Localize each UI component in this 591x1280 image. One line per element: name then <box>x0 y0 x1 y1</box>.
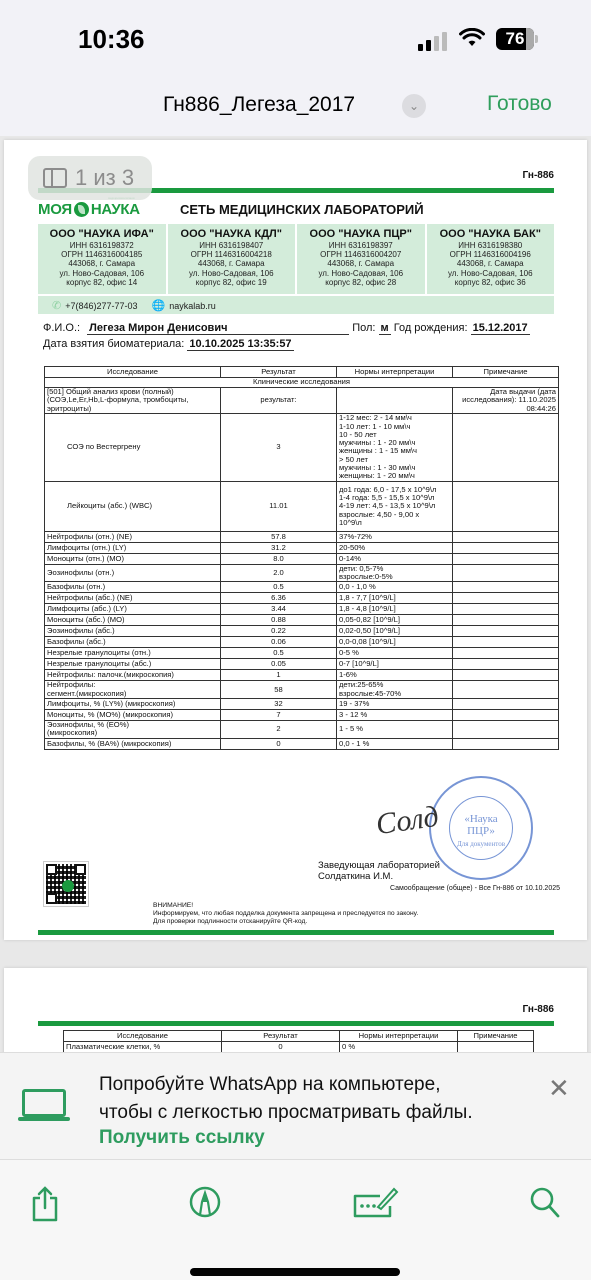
share-icon[interactable] <box>30 1184 60 1224</box>
battery-icon: 76 <box>496 28 534 50</box>
test-norm: 0 % <box>340 1042 458 1053</box>
table-row: Эозинофилы, % (EO%) (микроскопия)21 - 5 … <box>45 721 559 739</box>
test-name: Базофилы (абс.) <box>45 637 221 648</box>
test-norm: 1-12 мес: 2 - 14 мм\ч 1-10 лет: 1 - 10 м… <box>337 413 453 481</box>
panel-name: [501] Общий анализ крови (полный)(СОЭ,Le… <box>45 388 221 414</box>
company-name: ООО "НАУКА ИФА" <box>38 228 166 241</box>
table-row: Нейтрофилы (абс.) (NE)6.361,8 - 7,7 [10^… <box>45 593 559 604</box>
warning-line-2: Для проверки подлинности отсканируйте QR… <box>153 918 418 926</box>
test-name: Незрелые гранулоциты (абс.) <box>45 659 221 670</box>
results-table: ИсследованиеРезультатНормы интерпретации… <box>44 366 559 750</box>
table-row: Нейтрофилы (отн.) (NE)57.837%-72% <box>45 531 559 542</box>
company-ogrn: ОГРН 1146316004207 <box>297 250 425 259</box>
table-row: Базофилы (абс.)0.060,0-0,08 [10^9/L] <box>45 637 559 648</box>
status-bar: 10:36 76 <box>0 0 591 70</box>
company-city: 443068, г. Самара <box>297 259 425 268</box>
company-block: ООО "НАУКА БАК"ИНН 6316198380ОГРН 114631… <box>427 224 555 294</box>
test-result: 57.8 <box>221 531 337 542</box>
test-note <box>453 604 559 615</box>
test-result: 0.5 <box>221 582 337 593</box>
test-name: Эозинофилы (отн.) <box>45 564 221 582</box>
test-result: 0 <box>221 738 337 749</box>
company-office: корпус 82, офис 14 <box>38 278 166 287</box>
company-office: корпус 82, офис 36 <box>427 278 555 287</box>
leaf-icon <box>62 880 74 892</box>
test-result: 32 <box>221 699 337 710</box>
company-inn: ИНН 6316198372 <box>38 241 166 250</box>
test-norm: 1 - 5 % <box>337 721 453 739</box>
logo-left: МОЯ <box>38 201 72 218</box>
test-name: Незрелые гранулоциты (отн.) <box>45 648 221 659</box>
test-result: 1 <box>221 670 337 681</box>
document-title[interactable]: Гн886_Легеза_2017 <box>163 93 355 117</box>
column-header: Результат <box>221 367 337 378</box>
contacts-band: ✆+7(846)277-77-03 🌐naykalab.ru <box>38 296 554 314</box>
test-norm: дети: 0,5-7% взрослые:0-5% <box>337 564 453 582</box>
test-note <box>458 1042 534 1053</box>
head-lab-title: Заведующая лабораторией <box>318 860 440 871</box>
test-norm: 0,0-0,08 [10^9/L] <box>337 637 453 648</box>
test-norm: 19 - 37% <box>337 699 453 710</box>
test-norm: 0-7 [10^9/L] <box>337 659 453 670</box>
section-row: Клинические исследования <box>45 378 559 388</box>
nav-bar: Гн886_Легеза_2017 ⌄ Готово <box>0 80 591 130</box>
table-row: Незрелые гранулоциты (отн.)0.50-5 % <box>45 648 559 659</box>
head-lab-name: Солдаткина И.М. <box>318 871 440 882</box>
test-note <box>453 481 559 531</box>
test-note <box>453 721 559 739</box>
panel-row: [501] Общий анализ крови (полный)(СОЭ,Le… <box>45 388 559 414</box>
panel-result: результат: <box>221 388 337 414</box>
test-note <box>453 699 559 710</box>
bottom-toolbar <box>0 1160 591 1280</box>
patient-sex: м <box>381 322 389 334</box>
column-header: Нормы интерпретации <box>337 367 453 378</box>
test-name: СОЭ по Вестергрену <box>45 413 221 481</box>
warning-line-1: Информируем, что любая подделка документ… <box>153 910 418 918</box>
test-note <box>453 738 559 749</box>
test-note <box>453 531 559 542</box>
column-header: Примечание <box>453 367 559 378</box>
chevron-down-icon[interactable]: ⌄ <box>402 94 426 118</box>
green-rule <box>38 1021 554 1026</box>
page-counter-label: 1 из 3 <box>75 165 134 191</box>
battery-tip <box>535 35 538 43</box>
test-result: 0.05 <box>221 659 337 670</box>
qr-corner <box>46 893 57 904</box>
company-city: 443068, г. Самара <box>427 259 555 268</box>
table-row: Нейтрофилы: сегмент.(микроскопия)58дети:… <box>45 681 559 699</box>
globe-icon: 🌐 <box>152 300 166 312</box>
column-header: Исследование <box>45 367 221 378</box>
test-result: 3.44 <box>221 604 337 615</box>
column-header: Примечание <box>458 1031 534 1042</box>
company-ogrn: ОГРН 1146316004185 <box>38 250 166 259</box>
test-norm: 0,05-0,82 [10^9/L] <box>337 615 453 626</box>
company-block: ООО "НАУКА ПЦР"ИНН 6316198397ОГРН 114631… <box>297 224 427 294</box>
company-office: корпус 82, офис 28 <box>297 278 425 287</box>
company-inn: ИНН 6316198397 <box>297 241 425 250</box>
warning: ВНИМАНИЕ! Информируем, что любая подделк… <box>153 902 418 926</box>
get-link-button[interactable]: Получить ссылку <box>99 1127 265 1149</box>
test-result: 0.22 <box>221 626 337 637</box>
signature-icon[interactable] <box>352 1184 400 1220</box>
markup-icon[interactable] <box>188 1184 222 1220</box>
table-row: Моноциты (отн.) (MO)8.00-14% <box>45 553 559 564</box>
test-note <box>453 681 559 699</box>
test-note <box>453 626 559 637</box>
test-name: Лейкоциты (абс.) (WBC) <box>45 481 221 531</box>
page-counter[interactable]: 1 из 3 <box>28 156 152 200</box>
warning-title: ВНИМАНИЕ! <box>153 902 418 910</box>
stamp-for: Для документов <box>450 840 512 848</box>
leaf-icon <box>74 202 89 217</box>
test-result: 0.5 <box>221 648 337 659</box>
laptop-icon <box>18 1089 70 1121</box>
test-norm: 0-5 % <box>337 648 453 659</box>
test-name: Моноциты (отн.) (MO) <box>45 553 221 564</box>
test-note <box>453 553 559 564</box>
table-row: Базофилы (отн.)0.50,0 - 1,0 % <box>45 582 559 593</box>
column-header: Результат <box>222 1031 340 1042</box>
test-norm: до1 года: 6,0 - 17,5 x 10^9\л 1-4 года: … <box>337 481 453 531</box>
done-button[interactable]: Готово <box>487 92 552 116</box>
table-row: Лейкоциты (абс.) (WBC)11.01до1 года: 6,0… <box>45 481 559 531</box>
sidebar-icon <box>43 168 67 188</box>
table-row: Лимфоциты (отн.) (LY)31.220-50% <box>45 542 559 553</box>
fio-label: Ф.И.О.: <box>43 322 80 334</box>
test-result: 2 <box>221 721 337 739</box>
test-note <box>453 670 559 681</box>
pdf-viewer[interactable]: 1 из 3 Гн-886 МОЯ НАУКА медицинская комп… <box>0 136 591 1160</box>
test-note <box>453 637 559 648</box>
table-header: ИсследованиеРезультатНормы интерпретации… <box>45 367 559 378</box>
test-name: Нейтрофилы: сегмент.(микроскопия) <box>45 681 221 699</box>
website-url: naykalab.ru <box>169 301 216 311</box>
test-norm: 20-50% <box>337 542 453 553</box>
clock: 10:36 <box>78 24 145 55</box>
test-name: Лимфоциты (отн.) (LY) <box>45 542 221 553</box>
company-name: ООО "НАУКА БАК" <box>427 228 555 241</box>
test-note <box>453 413 559 481</box>
test-norm: 0,02-0,50 [10^9/L] <box>337 626 453 637</box>
company-name: ООО "НАУКА КДЛ" <box>168 228 296 241</box>
test-name: Базофилы (отн.) <box>45 582 221 593</box>
company-street: ул. Ново-Садовая, 106 <box>168 269 296 278</box>
table-row: Лимфоциты, % (LY%) (микроскопия)3219 - 3… <box>45 699 559 710</box>
test-norm: дети:25-65% взрослые:45-70% <box>337 681 453 699</box>
test-norm: 0-14% <box>337 553 453 564</box>
company-street: ул. Ново-Садовая, 106 <box>297 269 425 278</box>
qr-corner <box>75 864 86 875</box>
wifi-icon <box>459 28 485 48</box>
table-row: Нейтрофилы: палочк.(микроскопия)11-6% <box>45 670 559 681</box>
test-result: 0.88 <box>221 615 337 626</box>
table-row: Незрелые гранулоциты (абс.)0.050-7 [10^9… <box>45 659 559 670</box>
test-name: Моноциты, % (MO%) (микроскопия) <box>45 710 221 721</box>
company-city: 443068, г. Самара <box>168 259 296 268</box>
test-result: 2.0 <box>221 564 337 582</box>
table-row: Эозинофилы (отн.)2.0дети: 0,5-7% взрослы… <box>45 564 559 582</box>
test-result: 3 <box>221 413 337 481</box>
test-norm: 1,8 - 7,7 [10^9/L] <box>337 593 453 604</box>
company-inn: ИНН 6316198380 <box>427 241 555 250</box>
company-block: ООО "НАУКА КДЛ"ИНН 6316198407ОГРН 114631… <box>168 224 298 294</box>
patient-name: Легеза Мирон Денисович <box>89 322 227 334</box>
patient-line-2: Дата взятия биоматериала: 10.10.2025 13:… <box>43 338 294 351</box>
test-note <box>453 582 559 593</box>
test-name: Базофилы, % (BA%) (микроскопия) <box>45 738 221 749</box>
test-result: 8.0 <box>221 553 337 564</box>
table-row: Плазматические клетки, %00 % <box>64 1042 534 1053</box>
pdf-page-1: Гн-886 МОЯ НАУКА медицинская компания СЕ… <box>4 140 587 940</box>
sample-date: 10.10.2025 13:35:57 <box>189 338 291 350</box>
qr-corner <box>46 864 57 875</box>
home-indicator <box>190 1268 400 1276</box>
phone-number: +7(846)277-77-03 <box>65 301 137 311</box>
test-norm: 0,0 - 1,0 % <box>337 582 453 593</box>
company-office: корпус 82, офис 19 <box>168 278 296 287</box>
table-row: СОЭ по Вестергрену31-12 мес: 2 - 14 мм\ч… <box>45 413 559 481</box>
test-name: Эозинофилы, % (EO%) (микроскопия) <box>45 721 221 739</box>
birth-label: Год рождения: <box>394 322 468 334</box>
panel-norm <box>337 388 453 414</box>
test-name: Нейтрофилы (отн.) (NE) <box>45 531 221 542</box>
head-lab: Заведующая лабораторией Солдаткина И.М. <box>318 860 440 882</box>
table-row: Моноциты (абс.) (MO)0.880,05-0,82 [10^9/… <box>45 615 559 626</box>
logo: МОЯ НАУКА медицинская компания <box>38 201 140 218</box>
test-note <box>453 659 559 670</box>
test-name: Нейтрофилы: палочк.(микроскопия) <box>45 670 221 681</box>
company-inn: ИНН 6316198407 <box>168 241 296 250</box>
test-name: Лимфоциты, % (LY%) (микроскопия) <box>45 699 221 710</box>
document-code: Гн-886 <box>523 1004 554 1015</box>
search-icon[interactable] <box>528 1184 562 1220</box>
test-note <box>453 542 559 553</box>
table-row: Лимфоциты (абс.) (LY)3.441,8 - 4,8 [10^9… <box>45 604 559 615</box>
test-result: 6.36 <box>221 593 337 604</box>
battery-level: 76 <box>506 29 525 48</box>
table-row: Эозинофилы (абс.)0.220,02-0,50 [10^9/L] <box>45 626 559 637</box>
company-ogrn: ОГРН 1146316004196 <box>427 250 555 259</box>
test-norm: 3 - 12 % <box>337 710 453 721</box>
test-name: Нейтрофилы (абс.) (NE) <box>45 593 221 604</box>
test-result: 0.06 <box>221 637 337 648</box>
test-note <box>453 564 559 582</box>
stamp-name: «Наука ПЦР» <box>450 813 512 837</box>
sample-label: Дата взятия биоматериала: <box>43 338 184 350</box>
column-header: Исследование <box>64 1031 222 1042</box>
patient-birth: 15.12.2017 <box>473 322 528 334</box>
test-note <box>453 648 559 659</box>
company-ogrn: ОГРН 1146316004218 <box>168 250 296 259</box>
banner-text-line-1: Попробуйте WhatsApp на компьютере, <box>99 1071 473 1099</box>
test-result: 31.2 <box>221 542 337 553</box>
test-result: 7 <box>221 710 337 721</box>
company-city: 443068, г. Самара <box>38 259 166 268</box>
sex-label: Пол: <box>352 322 375 334</box>
company-street: ул. Ново-Садовая, 106 <box>38 269 166 278</box>
test-name: Лимфоциты (абс.) (LY) <box>45 604 221 615</box>
network-title: СЕТЬ МЕДИЦИНСКИХ ЛАБОРАТОРИЙ <box>180 202 424 217</box>
table-row: Моноциты, % (MO%) (микроскопия)73 - 12 % <box>45 710 559 721</box>
banner-text: Попробуйте WhatsApp на компьютере, чтобы… <box>99 1071 473 1127</box>
whatsapp-desktop-banner: Попробуйте WhatsApp на компьютере, чтобы… <box>0 1052 591 1160</box>
test-note <box>453 710 559 721</box>
test-result: 0 <box>222 1042 340 1053</box>
document-code: Гн-886 <box>523 170 554 181</box>
test-norm: 1-6% <box>337 670 453 681</box>
stamp: «Наука ПЦР» Для документов <box>429 776 533 880</box>
green-rule <box>38 930 554 935</box>
logo-right: НАУКА <box>91 201 140 218</box>
test-name: Плазматические клетки, % <box>64 1042 222 1053</box>
test-norm: 0,0 - 1 % <box>337 738 453 749</box>
website: 🌐naykalab.ru <box>152 299 216 312</box>
phone-icon: ✆ <box>52 300 61 312</box>
test-note <box>453 615 559 626</box>
phone: ✆+7(846)277-77-03 <box>52 299 138 312</box>
test-norm: 37%-72% <box>337 531 453 542</box>
test-result: 11.01 <box>221 481 337 531</box>
qr-code[interactable] <box>44 862 88 906</box>
signal-icon <box>418 32 447 51</box>
close-icon[interactable]: ✕ <box>548 1073 570 1104</box>
banner-text-line-2: чтобы с легкостью просматривать файлы. <box>99 1099 473 1127</box>
patient-line-1: Ф.И.О.: Легеза Мирон Денисович Пол: м Го… <box>43 322 553 335</box>
company-street: ул. Ново-Садовая, 106 <box>427 269 555 278</box>
test-name: Эозинофилы (абс.) <box>45 626 221 637</box>
table-header: ИсследованиеРезультатНормы интерпретации… <box>64 1031 534 1042</box>
test-name: Моноциты (абс.) (MO) <box>45 615 221 626</box>
panel-note: Дата выдачи (дата исследования): 11.10.2… <box>453 388 559 414</box>
company-block: ООО "НАУКА ИФА"ИНН 6316198372ОГРН 114631… <box>38 224 168 294</box>
test-norm: 1,8 - 4,8 [10^9/L] <box>337 604 453 615</box>
companies-band: ООО "НАУКА ИФА"ИНН 6316198372ОГРН 114631… <box>38 224 554 294</box>
company-name: ООО "НАУКА ПЦР" <box>297 228 425 241</box>
table-row: Базофилы, % (BA%) (микроскопия)00,0 - 1 … <box>45 738 559 749</box>
results-table-page-2: ИсследованиеРезультатНормы интерпретации… <box>63 1030 534 1053</box>
column-header: Нормы интерпретации <box>340 1031 458 1042</box>
test-result: 58 <box>221 681 337 699</box>
test-note <box>453 593 559 604</box>
self-referral: Самообращение (общее) - Все Гн-886 от 10… <box>390 885 560 892</box>
section-title: Клинические исследования <box>45 378 559 388</box>
